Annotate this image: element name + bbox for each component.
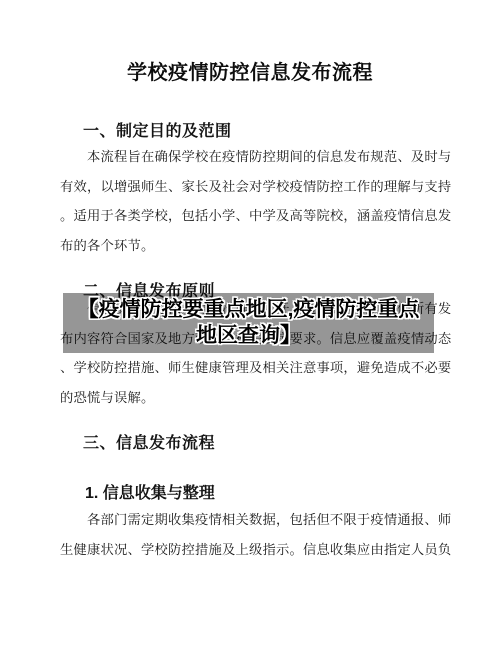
section-purpose-heading: 一、制定目的及范围 bbox=[83, 118, 232, 141]
subsection-collection-heading: 1. 信息收集与整理 bbox=[85, 480, 215, 503]
watermark-text: 【疫情防控要重点地区,疫情防控重点 地区查询】 bbox=[78, 297, 420, 349]
document-page: 学校疫情防控信息发布流程 一、制定目的及范围 本流程旨在确保学校在疫情防控期间的… bbox=[0, 0, 500, 647]
document-title: 学校疫情防控信息发布流程 bbox=[0, 56, 500, 85]
section-process-body: 各部门需定期收集疫情相关数据，包括但不限于疫情通报、师 生健康状况、学校防控措施… bbox=[60, 505, 452, 564]
watermark-overlay: 【疫情防控要重点地区,疫情防控重点 地区查询】 bbox=[63, 293, 434, 353]
section-process-heading: 三、信息发布流程 bbox=[83, 430, 215, 453]
section-purpose-body: 本流程旨在确保学校在疫情防控期间的信息发布规范、及时与 有效，以增强师生、家长及… bbox=[60, 142, 452, 260]
